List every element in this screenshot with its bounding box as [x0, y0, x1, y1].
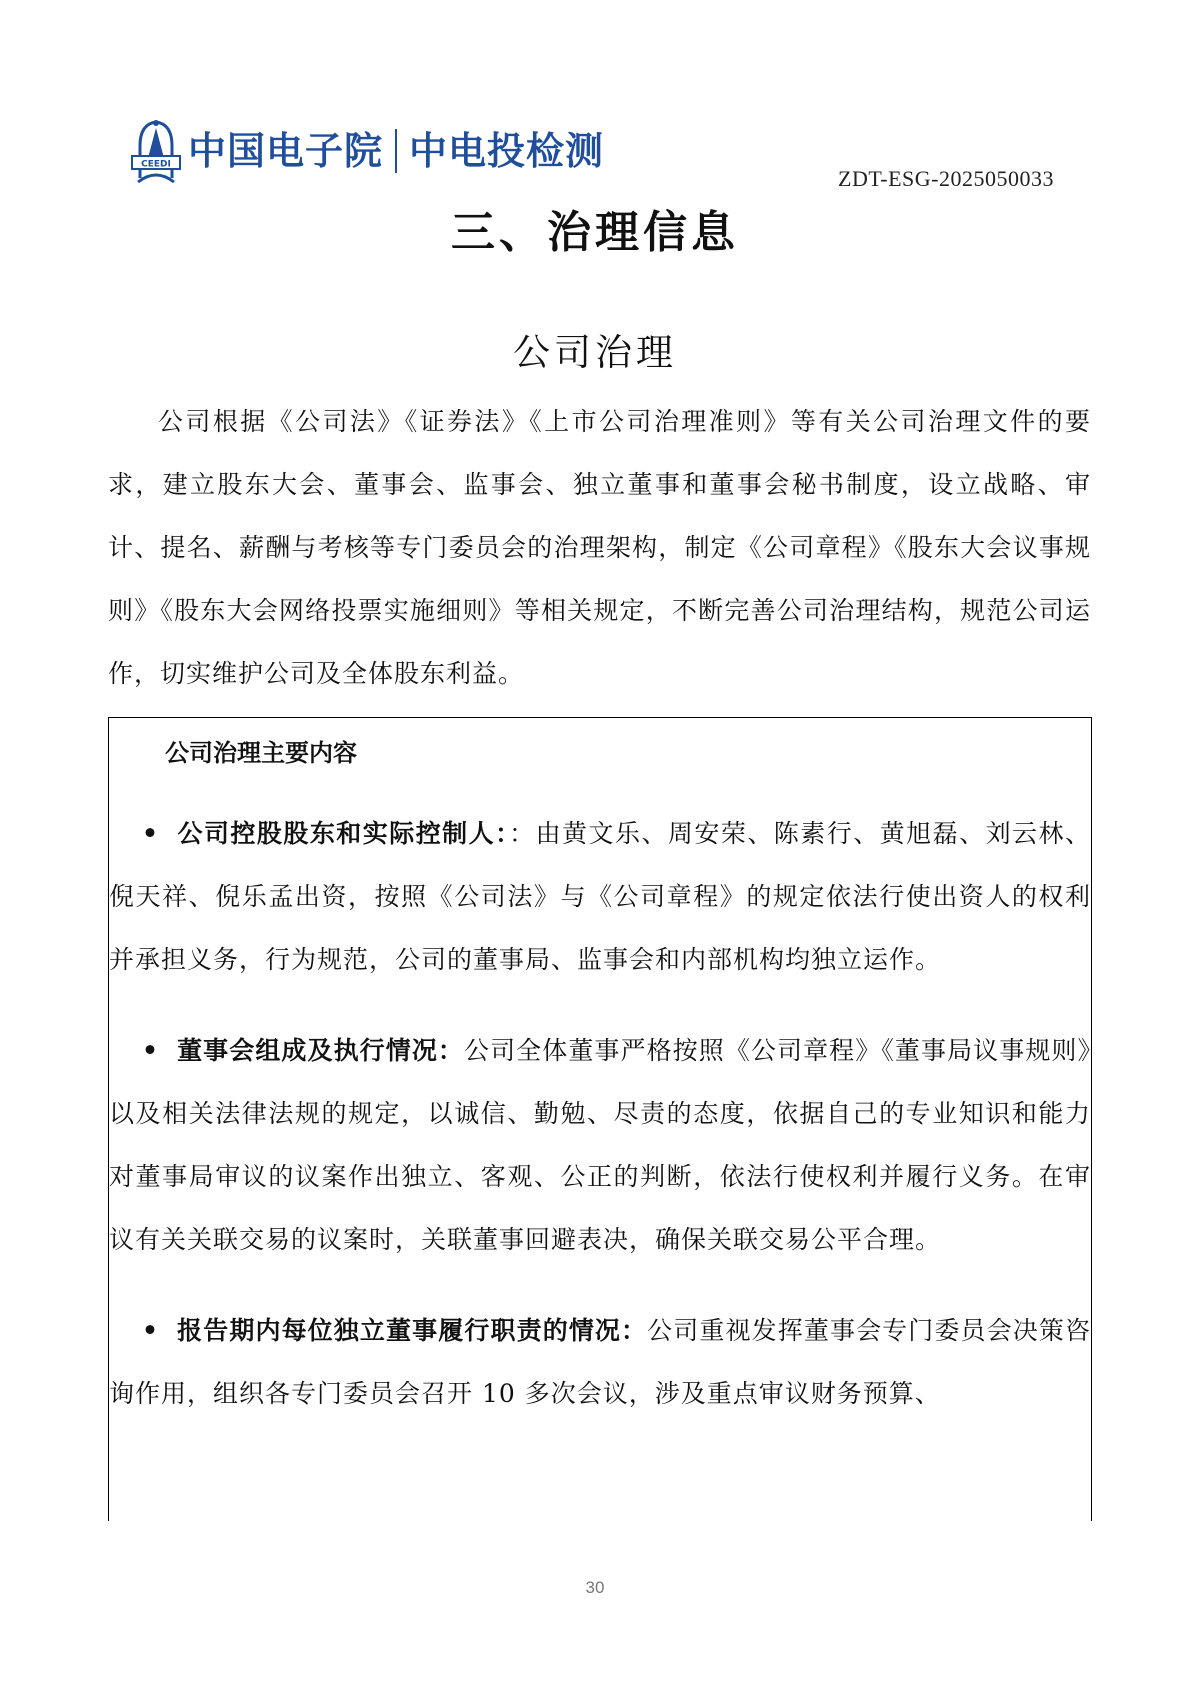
bullet-icon: • [109, 802, 177, 865]
company-logo: CEEDI 中国电子院 中电投检测 [130, 117, 604, 185]
item-text: 公司全体董事严格按照《公司章程》《董事局议事规则》以及相关法律法规的规定，以诚信… [109, 1036, 1091, 1254]
item-label: 董事会组成及执行情况： [177, 1036, 464, 1065]
logo-org-name-2: 中电投检测 [409, 132, 604, 170]
governance-summary-box: 公司治理主要内容 •公司控股股东和实际控制人：：由黄文乐、周安荣、陈素行、黄旭磊… [108, 717, 1092, 1521]
page-number: 30 [0, 1578, 1190, 1598]
logo-divider [395, 129, 397, 173]
item-label: 公司控股股东和实际控制人： [177, 819, 509, 848]
svg-text:CEEDI: CEEDI [141, 160, 171, 170]
list-item-controlling-shareholders: •公司控股股东和实际控制人：：由黄文乐、周安荣、陈素行、黄旭磊、刘云林、倪天祥、… [109, 802, 1091, 991]
item-label: 报告期内每位独立董事履行职责的情况： [177, 1316, 647, 1345]
list-item-board-composition: •董事会组成及执行情况：公司全体董事严格按照《公司章程》《董事局议事规则》以及相… [109, 1019, 1091, 1271]
bullet-icon: • [109, 1019, 177, 1082]
box-title: 公司治理主要内容 [165, 732, 1091, 774]
bullet-icon: • [109, 1299, 177, 1362]
ceedi-emblem-icon: CEEDI [130, 118, 182, 184]
logo-org-name-1: 中国电子院 [188, 132, 383, 170]
section-title: 公司治理 [0, 322, 1190, 376]
list-item-independent-directors: •报告期内每位独立董事履行职责的情况：公司重视发挥董事会专门委员会决策咨询作用，… [109, 1299, 1091, 1425]
chapter-title: 三、治理信息 [0, 196, 1190, 260]
intro-paragraph: 公司根据《公司法》《证券法》《上市公司治理准则》等有关公司治理文件的要求，建立股… [108, 390, 1091, 705]
document-id: ZDT-ESG-2025050033 [838, 166, 1054, 192]
